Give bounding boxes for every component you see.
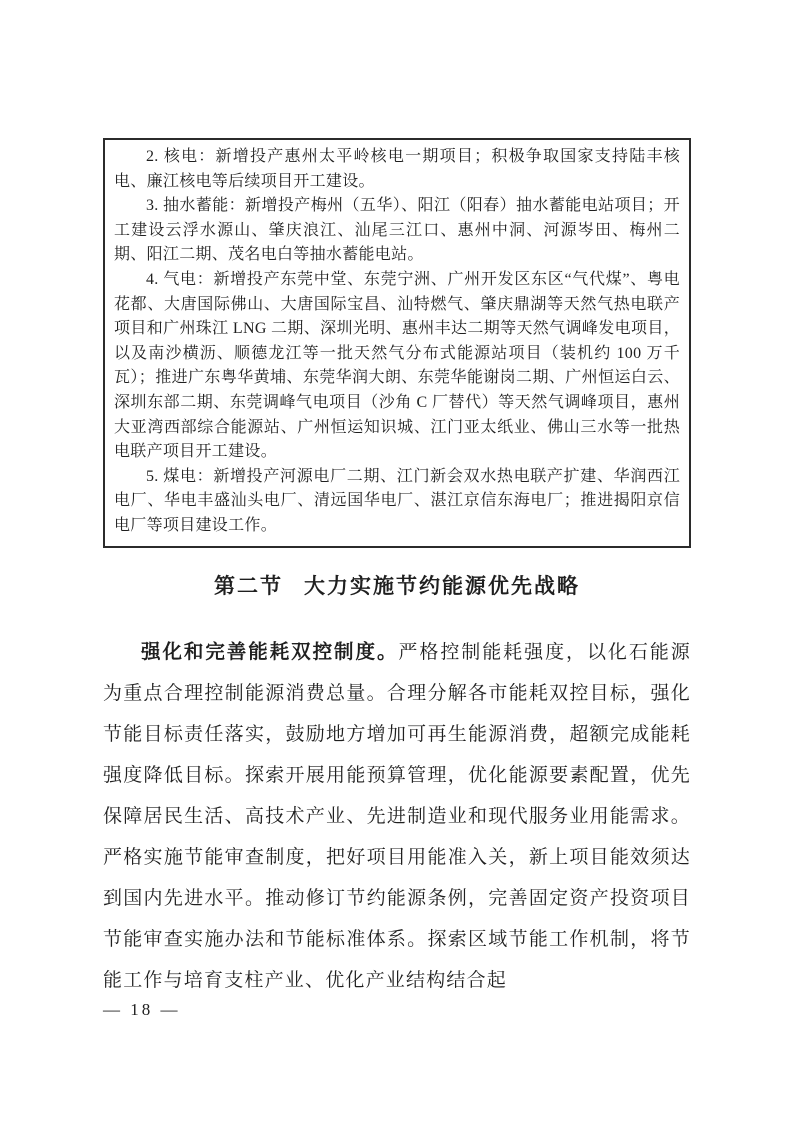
list-item-pumped-storage: 3. 抽水蓄能：新增投产梅州（五华）、阳江（阳春）抽水蓄能电站项目；开工建设云浮… (114, 194, 680, 268)
body-paragraph: 强化和完善能耗双控制度。严格控制能耗强度，以化石能源为重点合理控制能源消费总量。… (103, 632, 691, 1001)
section-number-label: 第二节 (214, 575, 283, 598)
power-projects-info-box: 2. 核电：新增投产惠州太平岭核电一期项目；积极争取国家支持陆丰核电、廉江核电等… (103, 138, 691, 548)
list-item-coal-power: 5. 煤电：新增投产河源电厂二期、江门新会双水热电联产扩建、华润西江电厂、华电丰… (114, 465, 680, 539)
list-item-nuclear-power: 2. 核电：新增投产惠州太平岭核电一期项目；积极争取国家支持陆丰核电、廉江核电等… (114, 145, 680, 194)
document-page: 2. 核电：新增投产惠州太平岭核电一期项目；积极争取国家支持陆丰核电、廉江核电等… (0, 0, 794, 1123)
section-heading: 第二节大力实施节约能源优先战略 (103, 570, 691, 600)
paragraph-lead-bold: 强化和完善能耗双控制度。 (141, 641, 398, 663)
section-title: 大力实施节约能源优先战略 (304, 575, 580, 598)
page-number: — 18 — (103, 1000, 181, 1020)
list-item-gas-power: 4. 气电：新增投产东莞中堂、东莞宁洲、广州开发区东区“气代煤”、粤电花都、大唐… (114, 268, 680, 465)
paragraph-text: 严格控制能耗强度，以化石能源为重点合理控制能源消费总量。合理分解各市能耗双控目标… (103, 642, 691, 991)
